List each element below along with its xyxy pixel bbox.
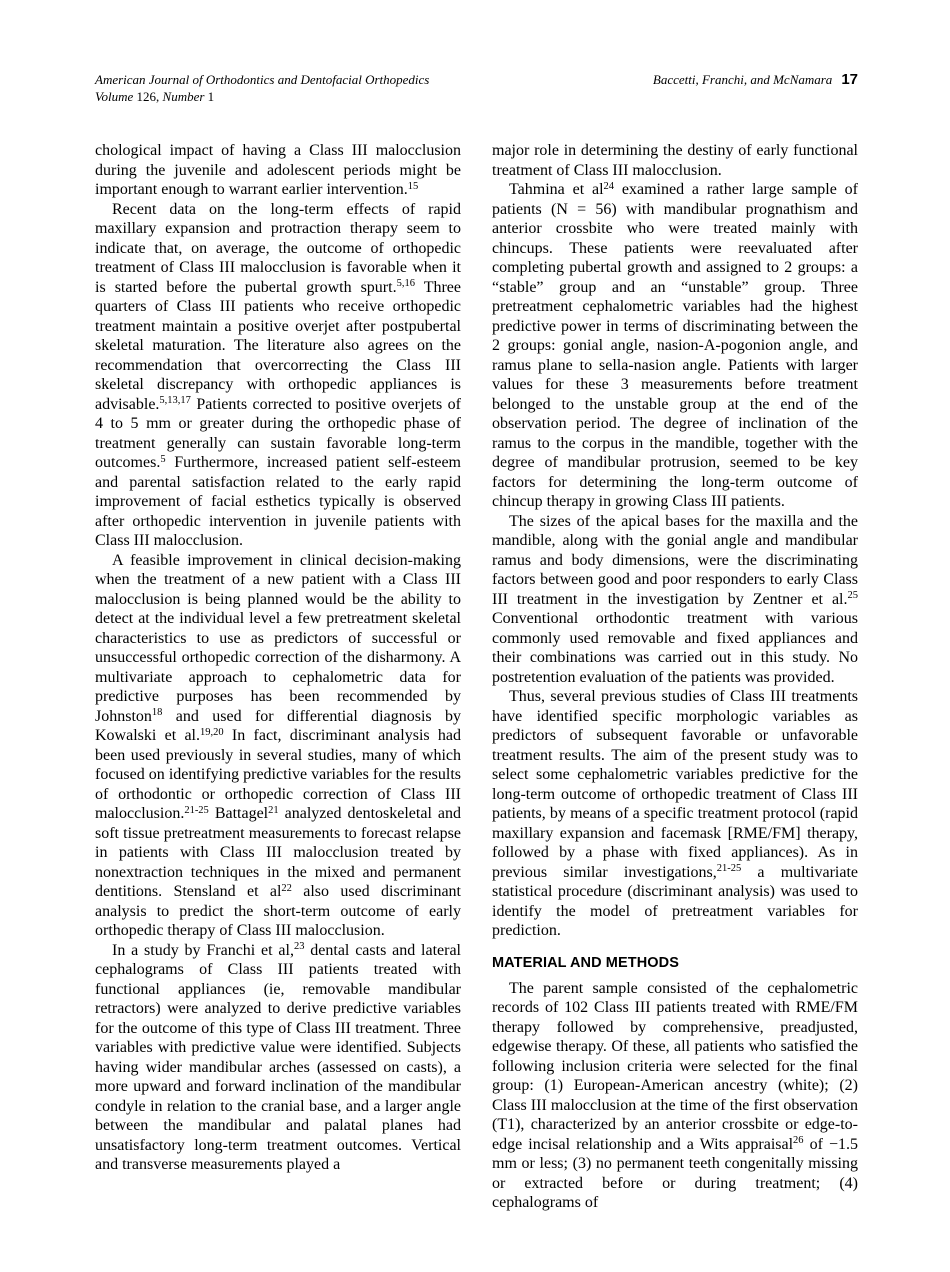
paragraph: Thus, several previous studies of Class … [492, 687, 858, 941]
section-heading: MATERIAL AND METHODS [492, 954, 858, 972]
text-run: Number [163, 89, 208, 104]
article-body: chological impact of having a Class III … [95, 141, 858, 1213]
text-run: American Journal of Orthodontics and Den… [95, 72, 429, 87]
reference-superscript: 15 [408, 181, 419, 192]
reference-superscript: 5 [160, 454, 165, 465]
text-run: dental casts and lateral cephalograms of… [95, 942, 461, 1174]
text-run: major role in determining the destiny of… [492, 142, 858, 179]
text-run: Three quarters of Class III patients who… [95, 279, 461, 413]
paragraph: The parent sample consisted of the cepha… [492, 979, 858, 1213]
text-run: 1 [208, 89, 215, 104]
paragraph: chological impact of having a Class III … [95, 141, 461, 200]
paragraph: A feasible improvement in clinical decis… [95, 551, 461, 941]
journal-issue: Volume 126, Number 1 [95, 88, 429, 105]
text-run: Battagel [209, 805, 268, 822]
text-run: examined a rather large sample of patien… [492, 181, 858, 510]
paragraph: The sizes of the apical bases for the ma… [492, 512, 858, 688]
text-run: Volume [95, 89, 137, 104]
reference-superscript: 24 [604, 181, 615, 192]
text-run: In a study by Franchi et al, [112, 942, 294, 959]
paragraph: Recent data on the long-term effects of … [95, 200, 461, 551]
reference-superscript: 21-25 [717, 863, 742, 874]
journal-citation: American Journal of Orthodontics and Den… [95, 71, 429, 105]
reference-superscript: 5,16 [397, 278, 415, 289]
text-run: Thus, several previous studies of Class … [492, 688, 858, 881]
paragraph: major role in determining the destiny of… [492, 141, 858, 180]
text-run: The parent sample consisted of the cepha… [492, 980, 858, 1153]
left-column: chological impact of having a Class III … [95, 141, 461, 1213]
text-run: Tahmina et al [509, 181, 604, 198]
reference-superscript: 5,13,17 [159, 395, 191, 406]
reference-superscript: 21 [268, 805, 279, 816]
reference-superscript: 19,20 [200, 727, 224, 738]
authors: Baccetti, Franchi, and McNamara [653, 72, 832, 87]
text-run: Baccetti, Franchi, and McNamara [653, 72, 832, 87]
reference-superscript: 26 [793, 1135, 804, 1146]
running-head: American Journal of Orthodontics and Den… [95, 71, 858, 105]
text-run: Conventional orthodontic treatment with … [492, 610, 858, 686]
reference-superscript: 23 [294, 941, 305, 952]
page-number: 17 [841, 71, 858, 88]
journal-page: American Journal of Orthodontics and Den… [0, 0, 950, 1272]
text-run: 126, [137, 89, 163, 104]
right-column: major role in determining the destiny of… [492, 141, 858, 1213]
text-run: A feasible improvement in clinical decis… [95, 552, 461, 725]
reference-superscript: 18 [152, 707, 163, 718]
reference-superscript: 22 [281, 883, 292, 894]
journal-title: American Journal of Orthodontics and Den… [95, 71, 429, 88]
paragraph: In a study by Franchi et al,23 dental ca… [95, 941, 461, 1175]
text-run: The sizes of the apical bases for the ma… [492, 513, 858, 608]
authors-and-page: Baccetti, Franchi, and McNamara17 [653, 71, 858, 88]
reference-superscript: 21-25 [184, 805, 209, 816]
paragraph: Tahmina et al24 examined a rather large … [492, 180, 858, 512]
text-run: chological impact of having a Class III … [95, 142, 461, 198]
reference-superscript: 25 [848, 590, 859, 601]
